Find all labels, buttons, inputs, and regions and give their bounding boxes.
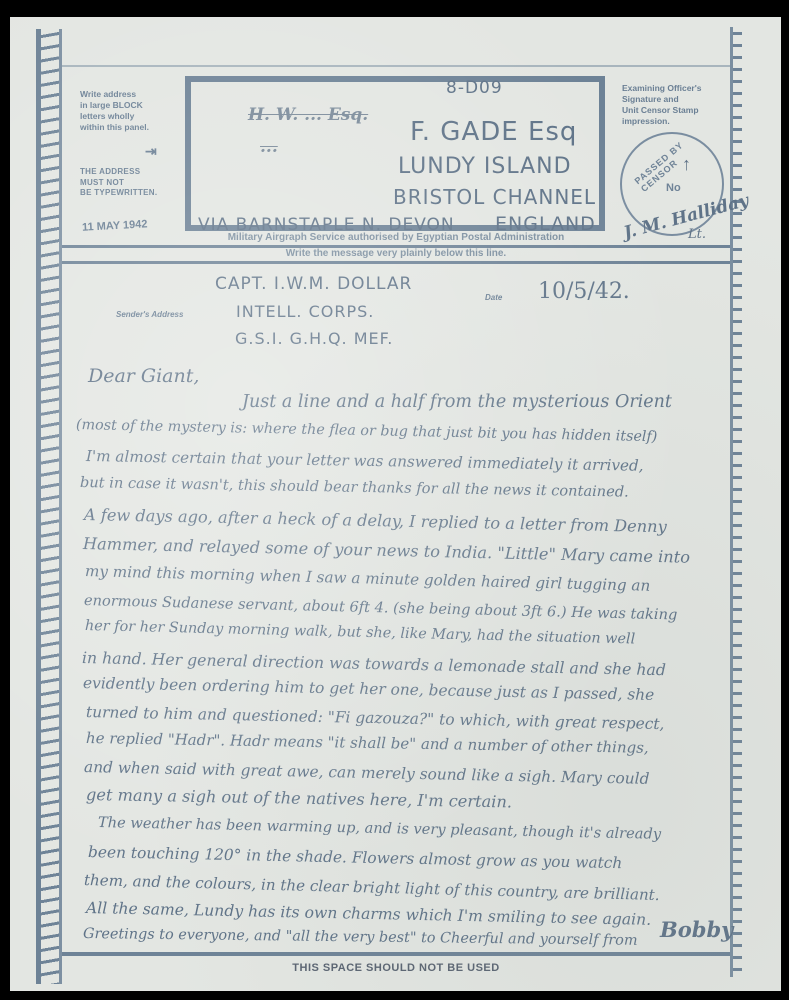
- warning-line: BE TYPEWRITTEN.: [80, 188, 180, 199]
- address-line-island: LUNDY ISLAND: [398, 154, 572, 179]
- letter-line: in hand. Her general direction was towar…: [82, 648, 666, 679]
- letter-line: (most of the mystery is: where the flea …: [76, 417, 658, 445]
- letter-line: her for her Sunday morning walk, but she…: [85, 618, 636, 647]
- letter-line: my mind this morning when I saw a minute…: [85, 562, 651, 595]
- salutation: Dear Giant,: [88, 365, 199, 387]
- footer-notice: THIS SPACE SHOULD NOT BE USED: [62, 962, 730, 974]
- airgraph-form: Write address in large BLOCK letters who…: [10, 17, 781, 991]
- letter-line: enormous Sudanese servant, about 6ft 4. …: [84, 592, 678, 623]
- sender-name: CAPT. I.W.M. DOLLAR: [215, 274, 412, 294]
- right-arrow-icon: ⇥: [145, 143, 157, 160]
- letter-line: A few days ago, after a heck of a delay,…: [84, 505, 667, 536]
- censor-instruction-line: Unit Censor Stamp: [622, 105, 732, 116]
- letter-line: them, and the colours, in the clear brig…: [84, 871, 660, 904]
- letter-line: I'm almost certain that your letter was …: [86, 447, 644, 475]
- sender-unit: INTELL. CORPS.: [236, 302, 374, 321]
- address-instructions: Write address in large BLOCK letters who…: [80, 89, 180, 133]
- warning-line: THE ADDRESS: [80, 167, 180, 178]
- rule-footer: [62, 952, 730, 956]
- date-label: Date: [485, 292, 502, 303]
- service-authorisation: Military Airgraph Service authorised by …: [62, 232, 730, 243]
- letter-line: The weather has been warming up, and is …: [98, 814, 661, 843]
- senders-address-label: Sender's Address: [116, 309, 183, 320]
- letter-line: been touching 120° in the shade. Flowers…: [88, 843, 623, 872]
- right-ladder-border: [730, 27, 742, 977]
- letter-line: get many a sigh out of the natives here,…: [86, 785, 512, 811]
- address-line-name: F. GADE Esq: [410, 117, 577, 147]
- struck-out-name: H. W. ... Esq.: [248, 105, 368, 125]
- censor-stamp-number: No: [666, 182, 681, 194]
- typewritten-warning: THE ADDRESS MUST NOT BE TYPEWRITTEN.: [80, 167, 180, 199]
- letter-line: Hammer, and relayed some of your news to…: [83, 534, 690, 567]
- address-line-channel: BRISTOL CHANNEL: [393, 185, 596, 209]
- instruction-line: in large BLOCK: [80, 100, 180, 111]
- left-ladder-border: [36, 29, 62, 984]
- signature: Bobby: [660, 917, 733, 942]
- sender-hq: G.S.I. G.H.Q. MEF.: [235, 329, 393, 348]
- letter-line: turned to him and questioned: "Fi gazouz…: [86, 703, 665, 733]
- censor-instructions: Examining Officer's Signature and Unit C…: [622, 83, 732, 127]
- write-below-instruction: Write the message very plainly below thi…: [62, 248, 730, 259]
- letter-line: Just a line and a half from the mysterio…: [242, 392, 672, 412]
- letter-line: All the same, Lundy has its own charms w…: [86, 899, 652, 929]
- rule-write-below: [62, 261, 730, 264]
- crown-icon: ↑: [682, 154, 691, 175]
- letter-line: evidently been ordering him to get her o…: [83, 674, 655, 704]
- letter-line: and when said with great awe, can merely…: [84, 758, 650, 788]
- instruction-line: Write address: [80, 89, 180, 100]
- censor-instruction-line: Signature and: [622, 94, 732, 105]
- struck-out-line: ...: [260, 137, 278, 157]
- top-rule: [62, 65, 730, 67]
- instruction-line: letters wholly: [80, 111, 180, 122]
- instruction-line: within this panel.: [80, 122, 180, 133]
- reference-number: 8-D09: [446, 78, 503, 98]
- censor-instruction-line: impression.: [622, 116, 732, 127]
- letter-line: he replied "Hadr". Hadr means "it shall …: [86, 729, 649, 757]
- letter-line: Greetings to everyone, and "all the very…: [83, 926, 638, 949]
- warning-line: MUST NOT: [80, 178, 180, 189]
- letter-line: but in case it wasn't, this should bear …: [80, 474, 629, 501]
- letter-date: 10/5/42.: [538, 279, 630, 304]
- censor-instruction-line: Examining Officer's: [622, 83, 732, 94]
